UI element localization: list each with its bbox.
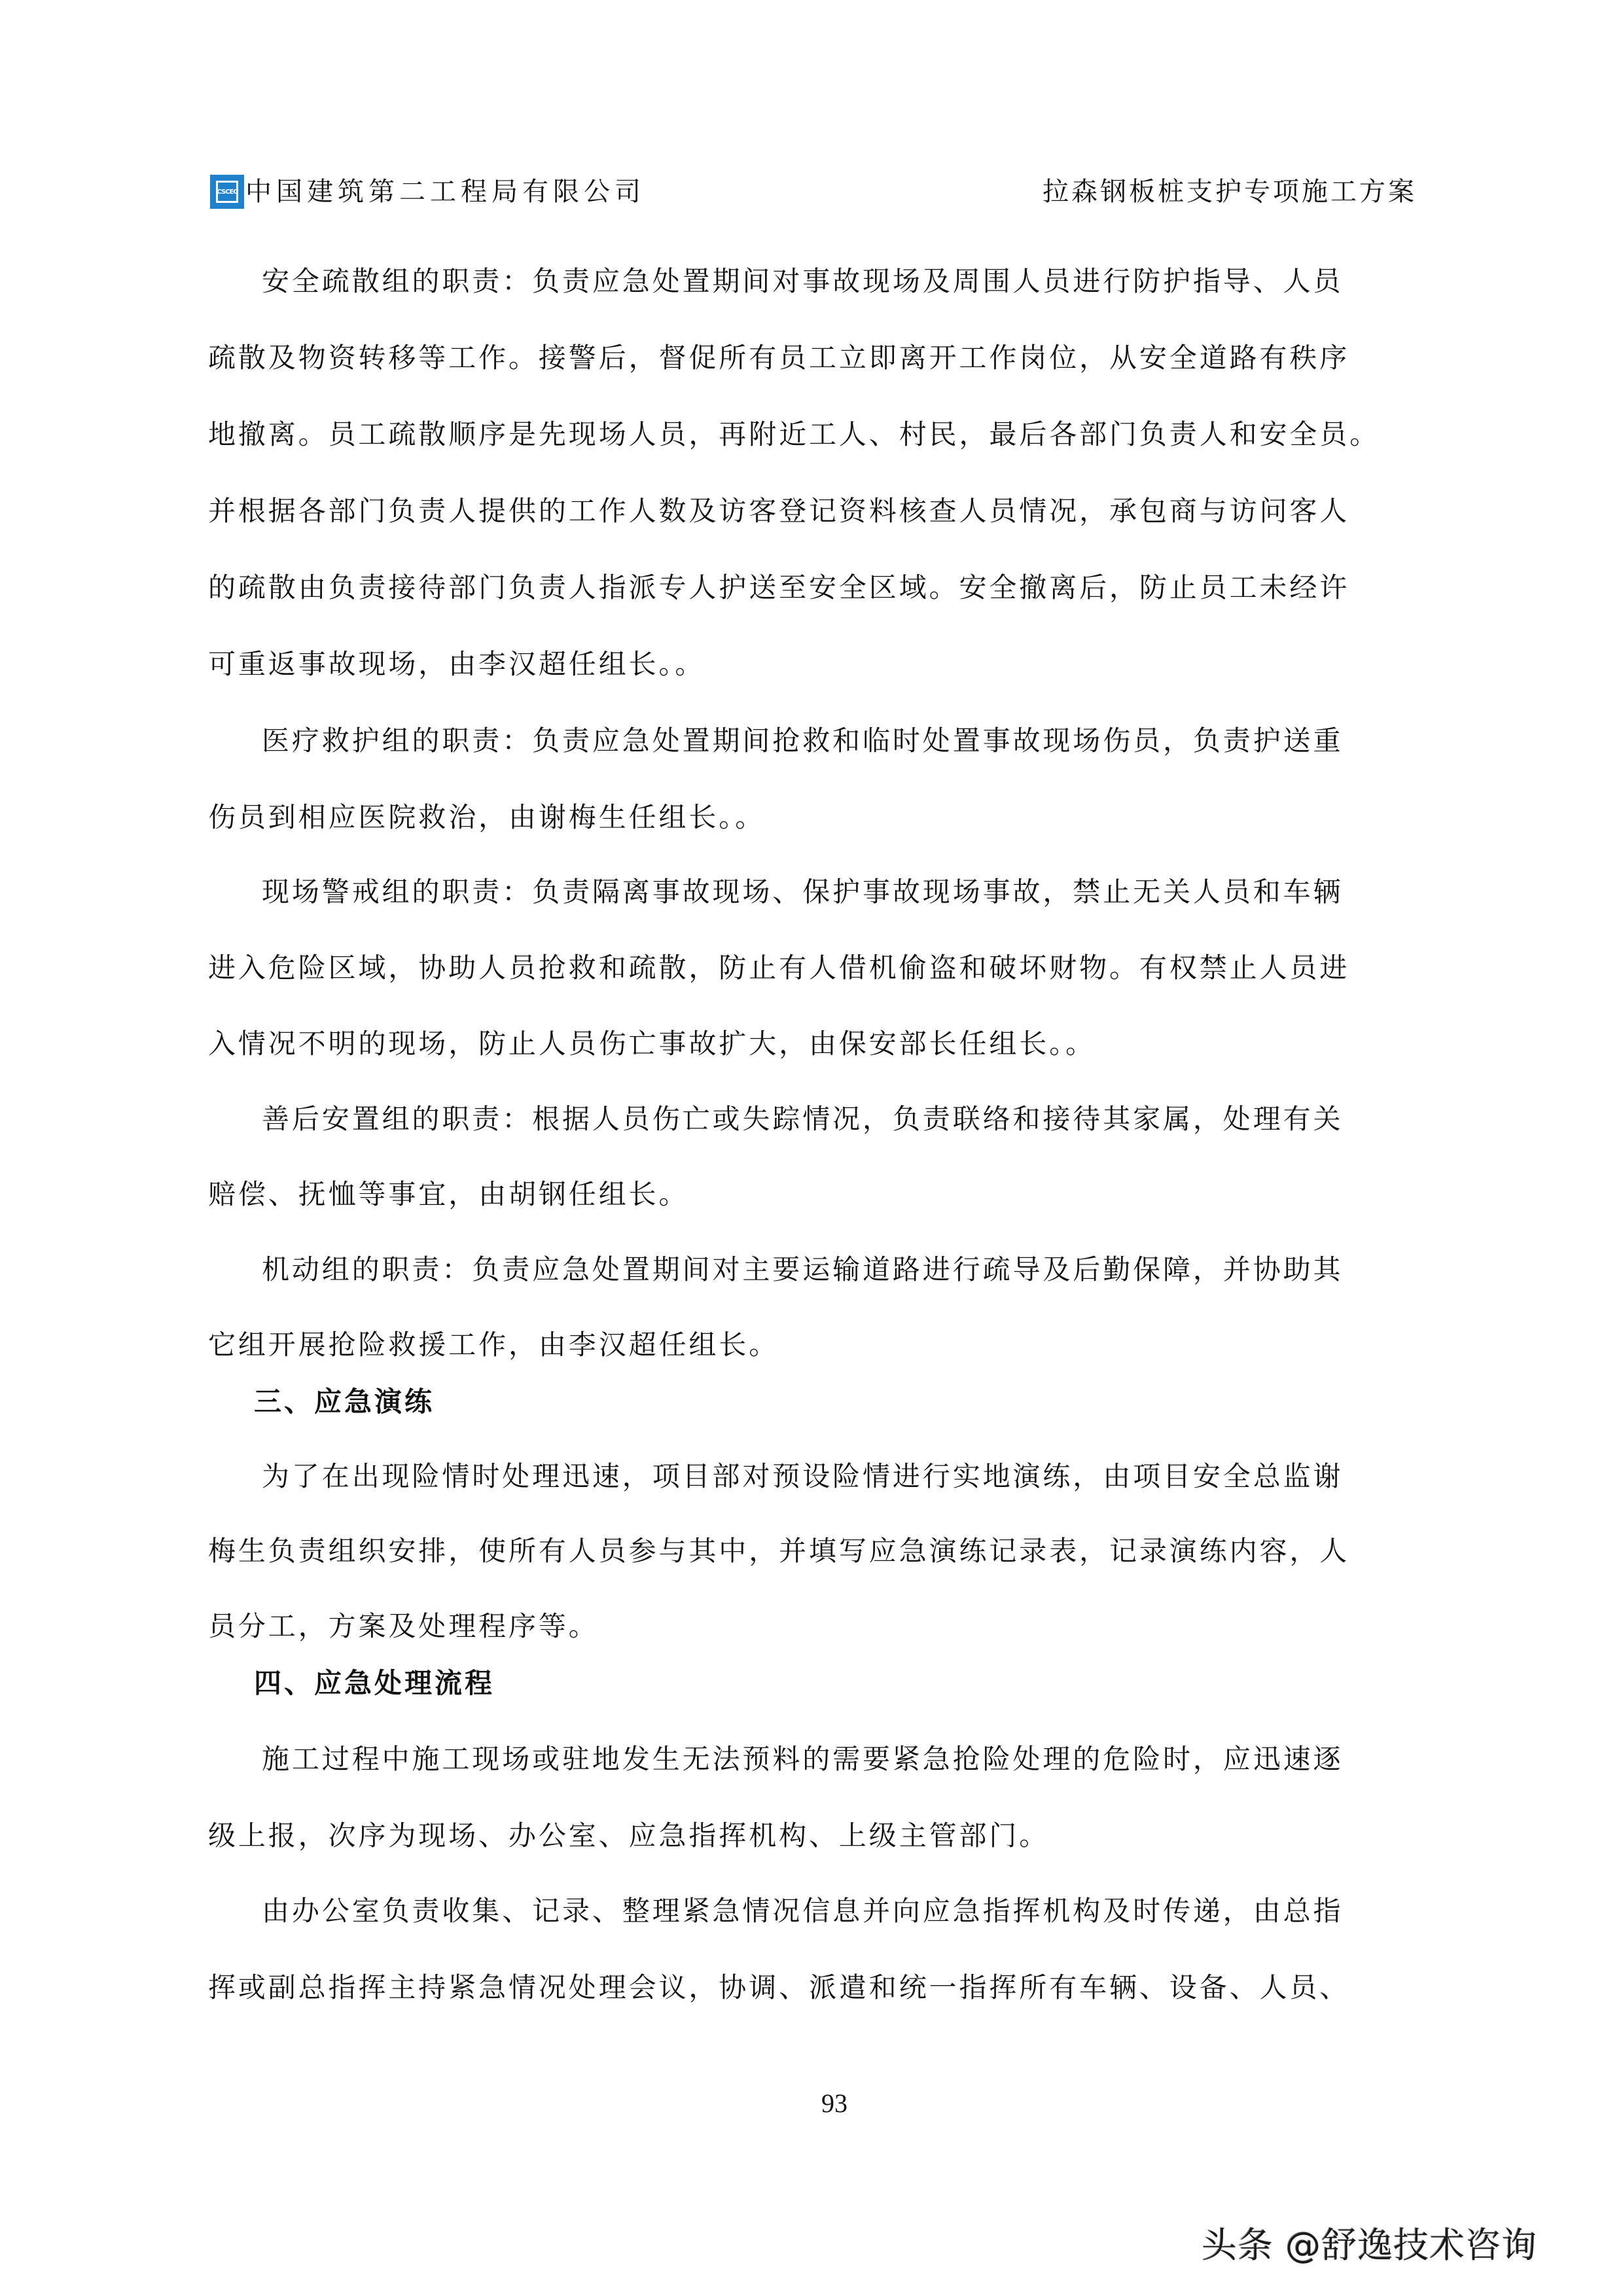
text-line: 医疗救护组的职责：负责应急处置期间抢救和临时处置事故现场伤员，负责护送重 xyxy=(262,721,1343,761)
text-line: 进入危险区域，协助人员抢救和疏散，防止有人借机偷盗和破坏财物。有权禁止人员进 xyxy=(208,948,1349,988)
page-number: 93 xyxy=(811,2088,857,2119)
text-line: 由办公室负责收集、记录、整理紧急情况信息并向应急指挥机构及时传递，由总指 xyxy=(262,1892,1343,1931)
section-heading-emergency-drill: 三、应急演练 xyxy=(254,1382,435,1422)
text-line: 可重返事故现场，由李汉超任组长。。 xyxy=(208,645,705,684)
text-line: 现场警戒组的职责：负责隔离事故现场、保护事故现场事故，禁止无关人员和车辆 xyxy=(262,872,1343,912)
cscec-logo-icon: CSCEC xyxy=(210,175,244,209)
page-header-left: CSCEC 中国建筑第二工程局有限公司 xyxy=(210,174,645,209)
text-line: 安全疏散组的职责：负责应急处置期间对事故现场及周围人员进行防护指导、人员 xyxy=(262,262,1343,301)
logo-mark: CSCEC xyxy=(216,181,238,203)
text-line: 为了在出现险情时处理迅速，项目部对预设险情进行实地演练，由项目安全总监谢 xyxy=(262,1457,1343,1496)
text-line: 员分工，方案及处理程序等。 xyxy=(208,1607,599,1646)
text-line: 伤员到相应医院救治，由谢梅生任组长。。 xyxy=(208,798,765,837)
text-line: 善后安置组的职责：根据人员伤亡或失踪情况，负责联络和接待其家属，处理有关 xyxy=(262,1100,1343,1139)
text-line: 挥或副总指挥主持紧急情况处理会议，协调、派遣和统一指挥所有车辆、设备、人员、 xyxy=(208,1968,1349,2007)
section-heading-emergency-process: 四、应急处理流程 xyxy=(254,1664,495,1703)
page-header-right: 拉森钢板桩支护专项施工方案 xyxy=(1043,174,1417,209)
company-name: 中国建筑第二工程局有限公司 xyxy=(245,174,645,209)
text-line: 入情况不明的现场，防止人员伤亡事故扩大，由保安部长任组长。。 xyxy=(208,1024,1096,1064)
document-title: 拉森钢板桩支护专项施工方案 xyxy=(1043,174,1417,209)
text-line: 它组开展抢险救援工作，由李汉超任组长。 xyxy=(208,1325,779,1365)
watermark-text: 头条 @舒逸技术咨询 xyxy=(1202,2217,1537,2268)
text-line: 级上报，次序为现场、办公室、应急指挥机构、上级主管部门。 xyxy=(208,1816,1049,1856)
text-line: 赔偿、抚恤等事宜，由胡钢任组长。 xyxy=(208,1175,688,1214)
text-line: 疏散及物资转移等工作。接警后，督促所有员工立即离开工作岗位，从安全道路有秩序 xyxy=(208,338,1349,378)
text-line: 地撤离。员工疏散顺序是先现场人员，再附近工人、村民，最后各部门负责人和安全员。 xyxy=(208,415,1380,454)
text-line: 的疏散由负责接待部门负责人指派专人护送至安全区域。安全撤离后，防止员工未经许 xyxy=(208,568,1349,607)
text-line: 梅生负责组织安排，使所有人员参与其中，并填写应急演练记录表，记录演练内容，人 xyxy=(208,1532,1349,1571)
text-line: 并根据各部门负责人提供的工作人数及访客登记资料核查人员情况，承包商与访问客人 xyxy=(208,492,1349,531)
text-line: 施工过程中施工现场或驻地发生无法预料的需要紧急抢险处理的危险时，应迅速逐 xyxy=(262,1740,1343,1779)
text-line: 机动组的职责：负责应急处置期间对主要运输道路进行疏导及后勤保障，并协助其 xyxy=(262,1250,1343,1289)
